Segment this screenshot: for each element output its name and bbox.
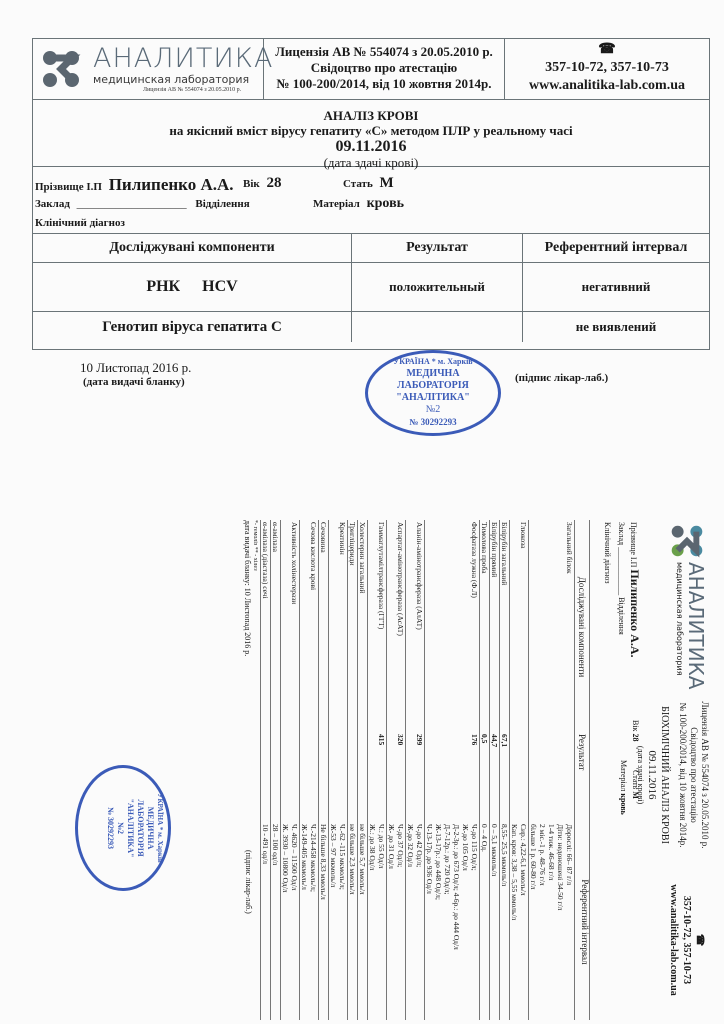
reference: Ч.: до 55 Од/л Ж.: до 38 Од/л (368, 824, 386, 1020)
patient-material: кровь (367, 196, 404, 211)
table-header: Досліджувані компоненти Результат Рефере… (574, 520, 589, 1020)
stamp-number: № 30292293 (368, 416, 498, 428)
lab-logo: АНАЛИТИКА медицинская лаборатория (656, 520, 712, 690)
patient-age: 28 (631, 733, 640, 741)
reference: 0 – 5,1 мкмоль/л (490, 824, 499, 1020)
telephone-icon: ☎ (693, 860, 706, 1020)
lab-stamp: УКРАЇНА * м. Харків МЕДИЧНА ЛАБОРАТОРІЯ … (75, 765, 171, 891)
reference: 28 – 100 од/л (271, 824, 280, 1020)
table-row: ГлюкозаСир.: 4,22-6,1 ммоль/л Кап. кров:… (509, 520, 528, 1020)
patient-material: кровь (619, 793, 628, 814)
result (281, 732, 299, 824)
material-label: Матеріал (313, 198, 360, 210)
logo-mark-icon (670, 524, 704, 558)
table-row: Гаммаглутамілтрансфераза (ГГТ)415Ч.: до … (367, 520, 386, 1020)
component: α-амілаза (271, 520, 280, 732)
patient-info: Прізвище І.П Пилипенко А.А. Вік 28 Стать… (33, 167, 709, 233)
institution-label: Заклад (617, 522, 626, 545)
component: Креатинін (329, 520, 347, 732)
patient-sex: М (380, 175, 394, 191)
component: Холестерин загальний (358, 520, 367, 732)
result: 320 (387, 732, 405, 824)
result: положительный (352, 263, 523, 311)
reference: 8,55- 25,5 мкмоль/л (500, 824, 509, 1020)
patient-sex: М (631, 791, 640, 799)
result (510, 732, 528, 824)
table-row: α-амілаза28 – 100 од/л (270, 520, 280, 1020)
header-component: Досліджувані компоненти (33, 234, 352, 262)
stamp-line: ЛАБОРАТОРІЯ (368, 380, 498, 392)
issue-date: 10 Листопад 2016 р. (80, 360, 191, 376)
table-row: α-амілаза (діастаза) сечі10 - 491 од/л (260, 520, 270, 1020)
table-row: Загальний білокДорослі: 66– 87 г/л Діти:… (528, 520, 574, 1020)
stamp-number: № 30292293 (105, 768, 115, 888)
result (352, 312, 523, 342)
logo-subtitle: медицинская лаборатория (93, 73, 249, 86)
issue-date-block: 10 Листопад 2016 р. (дата видачі бланку) (80, 360, 191, 388)
component: Тимолова проба (480, 520, 489, 732)
reference: Ч.-214-458 мкмоль/л; Ж-149-405 мкмоль/л (300, 824, 318, 1020)
component: Активність холінестерази (281, 520, 299, 732)
result (271, 732, 280, 824)
table-row: Тимолова проба0,50 – 4 Од. (479, 520, 489, 1020)
table-row: Білірубін прямий44,70 – 5,1 мкмоль/л (489, 520, 499, 1020)
component: Фосфатаза лужна (Ф.Л) (425, 520, 479, 732)
stamp-ring: УКРАЇНА * м. Харків (368, 356, 498, 368)
certificate-line: Свідоцтво про атестацію (688, 690, 699, 860)
stamp-line: МЕДИЧНА (145, 768, 155, 888)
patient-age: 28 (266, 175, 281, 191)
stamp-line: "АНАЛІТИКА" (125, 768, 135, 888)
component: Генотип віруса гепатита С (33, 312, 352, 342)
header-component: Досліджувані компоненти (575, 520, 589, 732)
table-row: Тригліцеридине більше 2,3 ммоль/л (347, 520, 357, 1020)
institution-value: ____________________ (77, 198, 187, 210)
stamp-line: №2 (115, 768, 125, 888)
result (261, 732, 270, 824)
logo-name: АНАЛИТИКА (684, 562, 708, 689)
result (300, 732, 318, 824)
department-label: Відділення (195, 198, 249, 210)
table-row: Активність холінестеразиЧ. 4620 – 11500 … (280, 520, 299, 1020)
license-line: Лицензія АВ № 554074 з 20.05.2010 р. (264, 44, 504, 60)
component: α-амілаза (діастаза) сечі (261, 520, 270, 732)
results-table: Досліджувані компоненти Результат Рефере… (33, 233, 709, 342)
lab-stamp: УКРАЇНА * м. Харків МЕДИЧНА ЛАБОРАТОРІЯ … (365, 350, 501, 436)
signature-caption: (підпис лікар-лаб.) (244, 850, 253, 1020)
title-line1: АНАЛІЗ КРОВІ (33, 108, 709, 123)
table-row: РНК HCV положительный негативний (33, 263, 709, 312)
component: Тригліцериди (348, 520, 357, 732)
sex-label: Стать (343, 178, 373, 190)
name-label: Прізвище І.П (629, 522, 638, 567)
reference: Ч-до 115 Од/л; Ж-до 105 Од/л Д-2-3р.: до… (425, 824, 479, 1020)
table-row: Холестерин загальнийне більше 5,7 ммоль/… (357, 520, 367, 1020)
header-result: Результат (575, 732, 589, 824)
website: www.analitika-lab.com.ua (667, 860, 680, 1020)
reference: Дорослі: 66– 87 г/л Діти: недоношені 34-… (529, 824, 574, 1020)
report-title: АНАЛІЗ КРОВІ на якісний вміст вірусу геп… (33, 100, 709, 167)
issue-date-caption: (дата видачі бланку) (80, 376, 191, 388)
sample-date: 09.11.2016 (33, 138, 709, 156)
age-label: Вік (631, 720, 640, 731)
component: Сечова кислота крові (300, 520, 318, 732)
department-label: Відділення (617, 597, 626, 635)
telephone-icon: ☎ (505, 41, 709, 59)
result (348, 732, 357, 824)
logo-name: АНАЛИТИКА (93, 43, 273, 74)
component: Аланін-амінотрансфераза (АлАТ) (406, 520, 424, 732)
component: Білірубін загальний (500, 520, 509, 732)
table-row: Фосфатаза лужна (Ф.Л)176Ч-до 115 Од/л; Ж… (424, 520, 479, 1020)
result (529, 732, 574, 824)
result (358, 732, 367, 824)
result (329, 732, 347, 824)
logo-subtitle: медицинская лаборатория (675, 562, 684, 676)
component: Білірубін прямий (490, 520, 499, 732)
material-label: Матеріал (619, 760, 628, 791)
reference: 10 - 491 од/л (261, 824, 270, 1020)
reference: Не більше 8,33 ммоль/л (319, 824, 328, 1020)
certificate-number: № 100-200/2014, від 10 жовтня 2014р. (264, 76, 504, 92)
reference: Ч.-62 -115 мкмоль/л; Ж-53 – 97 мкмоль/л (329, 824, 347, 1020)
lab-logo: АНАЛИТИКА медицинская лаборатория Лиценз… (33, 39, 264, 99)
logo-mark-icon (41, 49, 81, 89)
table-row: СечовинаНе більше 8,33 ммоль/л (318, 520, 328, 1020)
table-row: КреатинінЧ.-62 -115 мкмоль/л; Ж-53 – 97 … (328, 520, 347, 1020)
contact-block: ☎ 357-10-72, 357-10-73 www.analitika-lab… (656, 860, 712, 1020)
results-table: Досліджувані компоненти Результат Рефере… (260, 520, 590, 1020)
institution-label: Заклад (35, 198, 70, 210)
component: Загальний білок (529, 520, 574, 732)
result: 67,1 (500, 732, 509, 824)
age-label: Вік (243, 178, 260, 190)
title-line1: БІОХІМІЧНИЙ АНАЛІЗ КРОВІ (658, 690, 670, 860)
component: Глюкоза (510, 520, 528, 732)
reference: не більше 5,7 ммоль/л (358, 824, 367, 1020)
stamp-line: "АНАЛІТИКА" (368, 392, 498, 404)
stamp-line: ЛАБОРАТОРІЯ (135, 768, 145, 888)
component: Аспартат-амінотрансфераза (АсАТ) (387, 520, 405, 732)
table-row: Аланін-амінотрансфераза (АлАТ)299Ч-до 42… (405, 520, 424, 1020)
hcv-pcr-report: АНАЛИТИКА медицинская лаборатория Лиценз… (32, 38, 710, 350)
contact-block: ☎ 357-10-72, 357-10-73 www.analitika-lab… (505, 39, 709, 99)
header-result: Результат (352, 234, 523, 262)
reference: не більше 2,3 ммоль/л (348, 824, 357, 1020)
header-reference: Референтний інтервал (575, 824, 589, 1020)
table-row: Аспартат-амінотрансфераза (АсАТ)320Ч-до … (386, 520, 405, 1020)
result (319, 732, 328, 824)
reference: Ч-до 37 Од/л; Ж- до 31 Од/л (387, 824, 405, 1020)
table-row: Генотип віруса гепатита С не виявлений (33, 312, 709, 342)
certificate-line: Свідоцтво про атестацію (264, 60, 504, 76)
component: РНК HCV (33, 263, 352, 311)
table-row: Сечова кислота кровіЧ.-214-458 мкмоль/л;… (299, 520, 318, 1020)
patient-name: Пилипенко А.А. (628, 569, 642, 657)
title-line2: на якісний вміст вірусу гепатиту «С» мет… (33, 123, 709, 138)
license-block: Лицензія АВ № 554074 з 20.05.2010 р. Сві… (264, 39, 505, 99)
website: www.analitika-lab.com.ua (505, 77, 709, 95)
header-reference: Референтний інтервал (523, 234, 709, 262)
reference: Ч-до 42 Од/л; Ж-до 32 Од/л (406, 824, 424, 1020)
reference: Сир.: 4,22-6,1 ммоль/л Кап. кров: 3,38 –… (510, 824, 528, 1020)
reference: негативний (523, 263, 709, 311)
result: 0,5 (480, 732, 489, 824)
diagnosis-label: Клінічний діагноз (35, 217, 125, 229)
diagnosis-label: Клінічний діагноз (603, 522, 612, 584)
patient-name: Пилипенко А.А. (109, 175, 234, 194)
license-line: Лицензія АВ № 554074 з 20.05.2010 р. (699, 690, 710, 860)
certificate-number: № 100-200/2014, від 10 жовтня 2014р. (677, 690, 688, 860)
sex-label: Стать (631, 770, 640, 789)
report-header: АНАЛИТИКА медицинская лаборатория Лиценз… (33, 39, 709, 100)
footnote: *- гемоліз ** - хілез дата видачі бланку… (244, 520, 258, 1020)
stamp-ring: УКРАЇНА * м. Харків (155, 768, 165, 888)
reference: Ч. 4620 – 11500 Од/л Ж. 3930 – 10800 Од/… (281, 824, 299, 1020)
stamp-line: МЕДИЧНА (368, 368, 498, 380)
logo-license: Лицензія АВ № 554074 з 20.05.2010 р. (143, 87, 241, 93)
name-label: Прізвище І.П (35, 181, 102, 193)
component: Сечовина (319, 520, 328, 732)
component: Гаммаглутамілтрансфераза (ГГТ) (368, 520, 386, 732)
result: 44,7 (490, 732, 499, 824)
phones: 357-10-72, 357-10-73 (680, 860, 693, 1020)
stamp-line: №2 (368, 404, 498, 416)
result: 176 (425, 732, 479, 824)
result: 415 (368, 732, 386, 824)
table-header: Досліджувані компоненти Результат Рефере… (33, 234, 709, 263)
signature-caption: (підпис лікар-лаб.) (515, 372, 608, 384)
reference: не виявлений (523, 312, 709, 342)
reference: 0 – 4 Од. (480, 824, 489, 1020)
patient-info: Прізвище І.П Пилипенко А.А. Вік 28 Стать… (590, 520, 634, 1020)
table-row: Білірубін загальний67,18,55- 25,5 мкмоль… (499, 520, 509, 1020)
result: 299 (406, 732, 424, 824)
phones: 357-10-72, 357-10-73 (505, 59, 709, 77)
